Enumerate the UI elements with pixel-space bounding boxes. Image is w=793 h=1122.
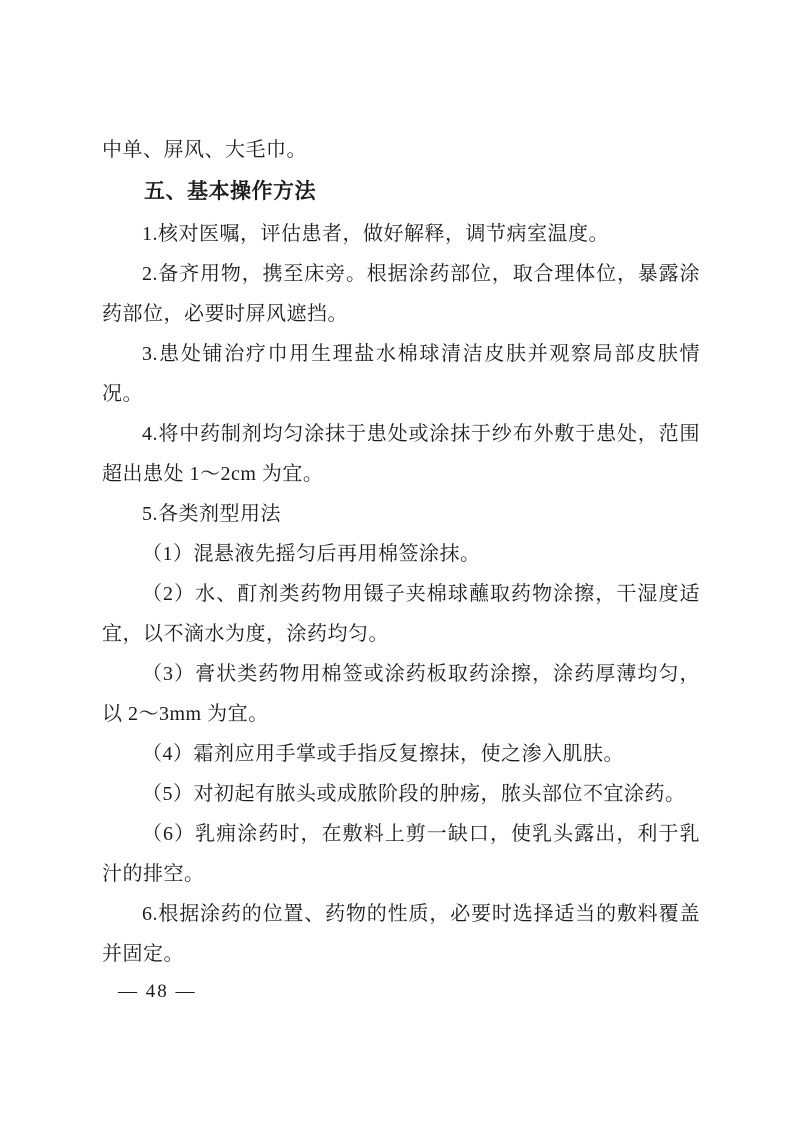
paragraph-item-5: 5.各类剂型用法 [102, 494, 700, 534]
section-heading: 五、基本操作方法 [102, 170, 700, 214]
paragraph-item-6: 6.根据涂药的位置、药物的性质，必要时选择适当的敷料覆盖并固定。 [102, 894, 700, 974]
document-content: 中单、屏风、大毛巾。 五、基本操作方法 1.核对医嘱，评估患者，做好解释，调节病… [102, 130, 700, 974]
paragraph-subitem-5: （5）对初起有脓头或成脓阶段的肿疡，脓头部位不宜涂药。 [102, 774, 700, 814]
paragraph-continuation: 中单、屏风、大毛巾。 [102, 130, 700, 170]
paragraph-subitem-3: （3）膏状类药物用棉签或涂药板取药涂擦，涂药厚薄均匀，以 2～3mm 为宜。 [102, 654, 700, 734]
paragraph-item-2: 2.备齐用物，携至床旁。根据涂药部位，取合理体位，暴露涂药部位，必要时屏风遮挡。 [102, 254, 700, 334]
paragraph-item-1: 1.核对医嘱，评估患者，做好解释，调节病室温度。 [102, 214, 700, 254]
page-number: — 48 — [118, 978, 197, 1006]
paragraph-item-3: 3.患处铺治疗巾用生理盐水棉球清洁皮肤并观察局部皮肤情况。 [102, 334, 700, 414]
document-page: 中单、屏风、大毛巾。 五、基本操作方法 1.核对医嘱，评估患者，做好解释，调节病… [0, 0, 793, 1122]
paragraph-subitem-2: （2）水、酊剂类药物用镊子夹棉球蘸取药物涂擦，干湿度适宜，以不滴水为度，涂药均匀… [102, 574, 700, 654]
paragraph-subitem-6: （6）乳痈涂药时，在敷料上剪一缺口，使乳头露出，利于乳汁的排空。 [102, 814, 700, 894]
paragraph-item-4: 4.将中药制剂均匀涂抹于患处或涂抹于纱布外敷于患处，范围超出患处 1～2cm 为… [102, 414, 700, 494]
paragraph-subitem-1: （1）混悬液先摇匀后再用棉签涂抹。 [102, 534, 700, 574]
paragraph-subitem-4: （4）霜剂应用手掌或手指反复擦抹，使之渗入肌肤。 [102, 734, 700, 774]
